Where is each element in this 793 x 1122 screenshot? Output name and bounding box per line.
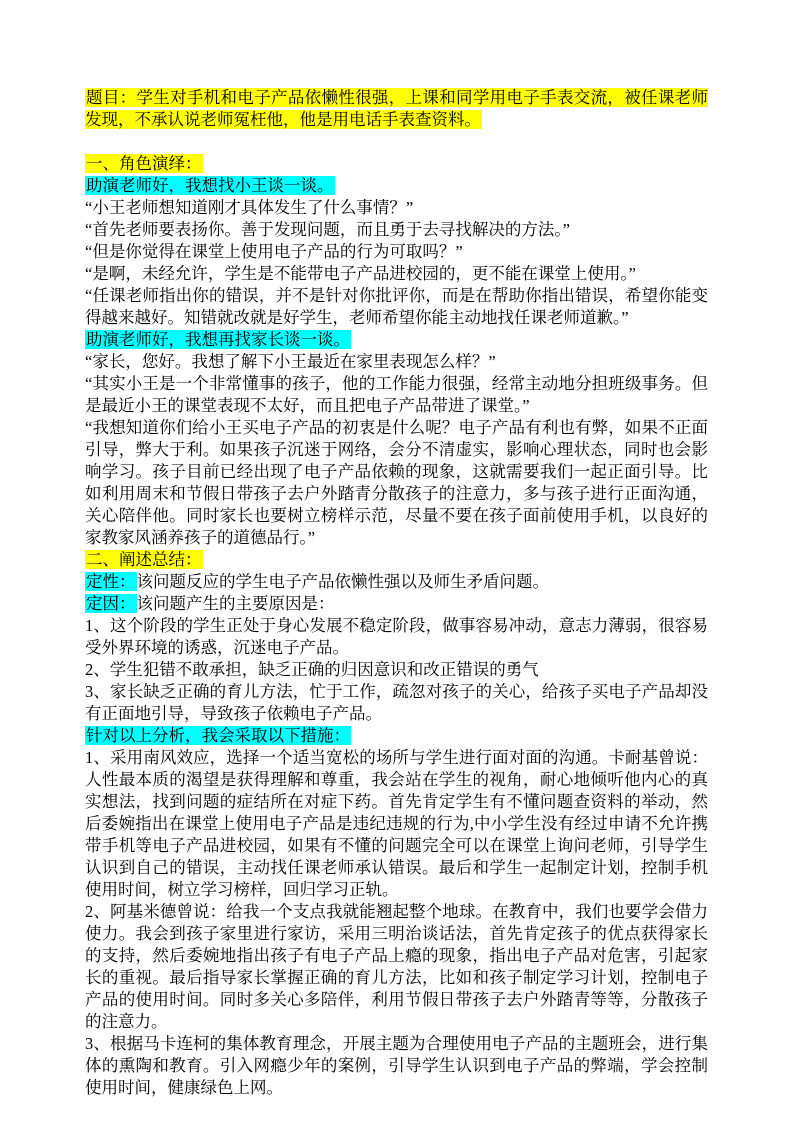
cause-item-text: 1、这个阶段的学生正处于身心发展不稳定阶段，做事容易冲动，意志力薄弱，很容易受外… <box>85 616 708 657</box>
dialogue-student-line: “是啊，未经允许，学生是不能带电子产品进校园的，更不能在课堂上使用。” <box>85 263 708 285</box>
dialogue-student-line: “首先老师要表扬你。善于发现问题，而且勇于去寻找解决的方法。” <box>85 219 708 241</box>
teacher-intro-student: 助演老师好，我想找小王谈一谈。 <box>85 175 708 197</box>
dialogue-text: “是啊，未经允许，学生是不能带电子产品进校园的，更不能在课堂上使用。” <box>85 264 636 283</box>
teacher-intro-parent-highlight: 助演老师好，我想再找家长谈一谈。 <box>85 330 351 349</box>
measure-item: 2、阿基米德曾说：给我一个支点我就能翘起整个地球。在教育中，我们也要学会借力使力… <box>85 901 708 1033</box>
cause-intro-text: 该问题产生的主要原因是： <box>137 594 335 613</box>
dialogue-text: “任课老师指出你的错误，并不是针对你批评你，而是在帮助你指出错误，希望你能变得越… <box>85 286 708 327</box>
dialogue-parent-line: “其实小王是一个非常懂事的孩子，他的工作能力很强，经常主动地分担班级事务。但是最… <box>85 373 708 417</box>
dialogue-parent-line: “我想知道你们给小王买电子产品的初衷是什么呢？电子产品有利也有弊，如果不正面引导… <box>85 417 708 549</box>
section2-heading-highlight: 二、阐述总结： <box>85 550 203 569</box>
cause-label-highlight: 定因： <box>85 594 137 613</box>
document-content: 题目：学生对手机和电子产品依懒性很强，上课和同学用电子手表交流，被任课老师发现，… <box>85 87 708 1099</box>
qualitative-text: 该问题反应的学生电子产品依懒性强以及师生矛盾问题。 <box>137 572 550 591</box>
blank-line <box>85 131 708 153</box>
qualitative-line: 定性：该问题反应的学生电子产品依懒性强以及师生矛盾问题。 <box>85 571 708 593</box>
cause-item-text: 3、家长缺乏正确的育儿方法，忙于工作，疏忽对孩子的关心，给孩子买电子产品却没有正… <box>85 682 708 723</box>
dialogue-student-line: “小王老师想知道刚才具体发生了什么事情？” <box>85 197 708 219</box>
measure-item-text: 1、采用南风效应，选择一个适当宽松的场所与学生进行面对面的沟通。卡耐基曾说：人性… <box>85 748 708 899</box>
measure-item-text: 3、根据马卡连柯的集体教育理念，开展主题为合理使用电子产品的主题班会，进行集体的… <box>85 1034 708 1097</box>
doc-title-highlight: 题目：学生对手机和电子产品依懒性很强，上课和同学用电子手表交流，被任课老师发现，… <box>85 88 708 129</box>
qualitative-label-highlight: 定性： <box>85 572 137 591</box>
measure-item: 3、根据马卡连柯的集体教育理念，开展主题为合理使用电子产品的主题班会，进行集体的… <box>85 1033 708 1099</box>
section1-heading-highlight: 一、角色演绎： <box>85 154 203 173</box>
dialogue-student-line: “任课老师指出你的错误，并不是针对你批评你，而是在帮助你指出错误，希望你能变得越… <box>85 285 708 329</box>
dialogue-text: “小王老师想知道刚才具体发生了什么事情？” <box>85 198 413 217</box>
cause-label-line: 定因：该问题产生的主要原因是： <box>85 593 708 615</box>
dialogue-text: “但是你觉得在课堂上使用电子产品的行为可取吗？” <box>85 242 463 261</box>
dialogue-parent-line: “家长，您好。我想了解下小王最近在家里表现怎么样？” <box>85 351 708 373</box>
measures-heading-highlight: 针对以上分析，我会采取以下措施： <box>85 726 351 745</box>
measure-item-text: 2、阿基米德曾说：给我一个支点我就能翘起整个地球。在教育中，我们也要学会借力使力… <box>85 902 708 1031</box>
measure-item: 1、采用南风效应，选择一个适当宽松的场所与学生进行面对面的沟通。卡耐基曾说：人性… <box>85 747 708 901</box>
section2-heading: 二、阐述总结： <box>85 549 708 571</box>
dialogue-text: “其实小王是一个非常懂事的孩子，他的工作能力很强，经常主动地分担班级事务。但是最… <box>85 374 708 415</box>
dialogue-text: “我想知道你们给小王买电子产品的初衷是什么呢？电子产品有利也有弊，如果不正面引导… <box>85 418 708 547</box>
section1-heading: 一、角色演绎： <box>85 153 708 175</box>
dialogue-text: “家长，您好。我想了解下小王最近在家里表现怎么样？” <box>85 352 496 371</box>
cause-item: 2、学生犯错不敢承担，缺乏正确的归因意识和改正错误的勇气 <box>85 659 708 681</box>
document-page: 题目：学生对手机和电子产品依懒性很强，上课和同学用电子手表交流，被任课老师发现，… <box>0 0 793 1122</box>
dialogue-student-line: “但是你觉得在课堂上使用电子产品的行为可取吗？” <box>85 241 708 263</box>
teacher-intro-student-highlight: 助演老师好，我想找小王谈一谈。 <box>85 176 335 195</box>
dialogue-text: “首先老师要表扬你。善于发现问题，而且勇于去寻找解决的方法。” <box>85 220 570 239</box>
teacher-intro-parent: 助演老师好，我想再找家长谈一谈。 <box>85 329 708 351</box>
cause-item: 1、这个阶段的学生正处于身心发展不稳定阶段，做事容易冲动，意志力薄弱，很容易受外… <box>85 615 708 659</box>
cause-item: 3、家长缺乏正确的育儿方法，忙于工作，疏忽对孩子的关心，给孩子买电子产品却没有正… <box>85 681 708 725</box>
cause-item-text: 2、学生犯错不敢承担，缺乏正确的归因意识和改正错误的勇气 <box>85 660 539 679</box>
measures-heading: 针对以上分析，我会采取以下措施： <box>85 725 708 747</box>
doc-title: 题目：学生对手机和电子产品依懒性很强，上课和同学用电子手表交流，被任课老师发现，… <box>85 87 708 131</box>
